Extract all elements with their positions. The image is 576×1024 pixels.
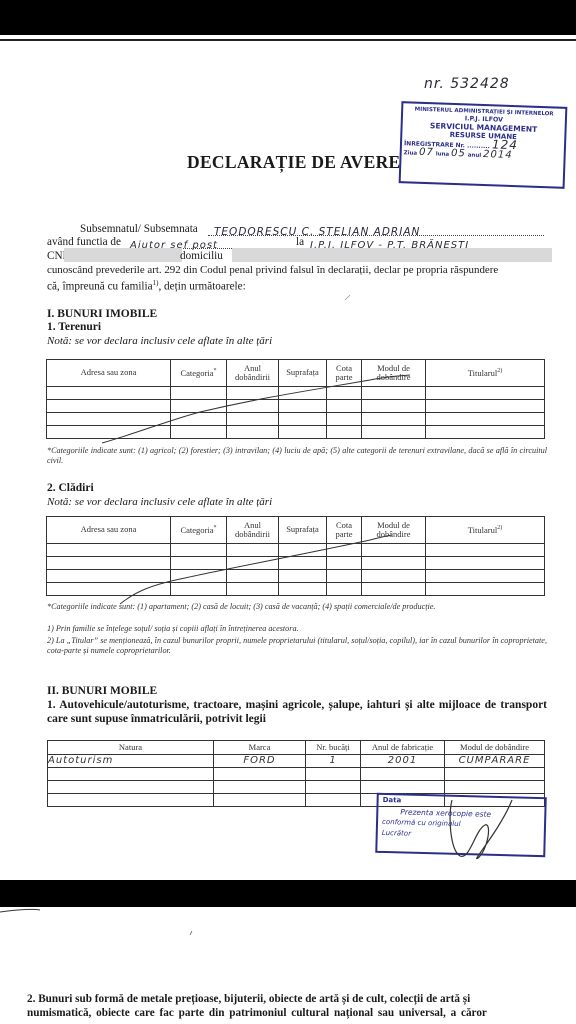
table-cell — [214, 794, 306, 807]
table-cell — [47, 387, 171, 400]
table-row — [48, 781, 545, 794]
table-cell — [171, 544, 227, 557]
scan-border-top — [0, 0, 576, 35]
column-header: Modul de dobândire — [445, 741, 545, 755]
table-cell — [227, 400, 279, 413]
column-header: Adresa sau zona — [47, 360, 171, 387]
column-header: Adresa sau zona — [47, 517, 171, 544]
table-row — [47, 413, 545, 426]
vehicles-heading: 1. Autovehicule/autoturisme, tractoare, … — [47, 698, 547, 726]
cladiri-note: Notă: se vor declara inclusiv cele aflat… — [47, 496, 272, 508]
table-cell — [426, 387, 545, 400]
table-cell — [362, 413, 426, 426]
table-cell — [362, 544, 426, 557]
table-cell — [279, 583, 327, 596]
table-header-row: Adresa sau zonaCategoria*Anul dobândirii… — [47, 517, 545, 544]
table-header-row: NaturaMarcaNr. bucățiAnul de fabricațieM… — [48, 741, 545, 755]
table-cell — [279, 387, 327, 400]
scan-border-bottom — [0, 880, 576, 907]
table-cell — [214, 768, 306, 781]
registration-stamp: MINISTERUL ADMINISTRAȚIEI ȘI INTERNELOR … — [399, 101, 568, 189]
table-cell — [214, 781, 306, 794]
table-row — [47, 557, 545, 570]
terenuri-heading: 1. Terenuri — [47, 321, 101, 333]
column-header: Categoria* — [171, 360, 227, 387]
precious-heading-line-1: 2. Bunuri sub formă de metale prețioase,… — [27, 993, 547, 1005]
column-header: Anul dobândirii — [227, 360, 279, 387]
table-row — [47, 583, 545, 596]
table-cell — [171, 583, 227, 596]
table-cell — [227, 557, 279, 570]
table-cell — [426, 583, 545, 596]
stamp-year-value: 2014 — [483, 149, 513, 161]
table-cell — [48, 794, 214, 807]
column-header: Cota parte — [327, 517, 362, 544]
column-header: Titularul2) — [426, 360, 545, 387]
table-row — [47, 544, 545, 557]
table-cell — [362, 400, 426, 413]
table-cell — [327, 387, 362, 400]
stamp-day-label: Ziua — [404, 150, 418, 156]
table-cell — [171, 400, 227, 413]
section-2-heading: II. BUNURI MOBILE — [47, 685, 157, 697]
table-cell: Autoturism — [48, 755, 214, 768]
table-cell — [327, 426, 362, 439]
table-cell — [306, 768, 361, 781]
table-cell — [47, 413, 171, 426]
stamp-year-label: anul — [468, 152, 482, 158]
column-header: Titularul2) — [426, 517, 545, 544]
table-cell — [327, 413, 362, 426]
column-header: Modul de dobândire — [362, 517, 426, 544]
table-cell — [362, 583, 426, 596]
page-title: DECLARAȚIE DE AVERE — [187, 152, 401, 173]
table-cell — [279, 544, 327, 557]
table-cell — [426, 426, 545, 439]
page-edge-line-top — [0, 39, 576, 41]
stamp-day-value: 07 — [419, 147, 434, 159]
table-cell — [426, 400, 545, 413]
table-row — [47, 400, 545, 413]
table-cell — [426, 413, 545, 426]
table-cell — [361, 781, 445, 794]
domiciliu-redacted — [232, 248, 552, 262]
table-row — [47, 387, 545, 400]
table-cell — [306, 794, 361, 807]
table-header-row: Adresa sau zonaCategoria*Anul dobândirii… — [47, 360, 545, 387]
table-cell — [171, 570, 227, 583]
table-cell — [279, 570, 327, 583]
table-cell — [47, 570, 171, 583]
table-cell — [327, 583, 362, 596]
table-cell — [47, 400, 171, 413]
table-cell — [361, 768, 445, 781]
table-cell — [171, 387, 227, 400]
table-cell — [47, 557, 171, 570]
page-edge-line-bottom — [0, 909, 40, 912]
table-cell — [47, 544, 171, 557]
table-cell — [227, 426, 279, 439]
table-cell — [47, 583, 171, 596]
table-cell — [227, 544, 279, 557]
statement-text-a: că, împreună cu familia — [47, 281, 153, 293]
name-field: TEODORESCU C. STELIAN ADRIAN — [208, 222, 544, 236]
table-cell — [445, 781, 545, 794]
statement-line-2: că, împreună cu familia1), dețin următoa… — [47, 277, 246, 294]
cladiri-table: Adresa sau zonaCategoria*Anul dobândirii… — [46, 516, 545, 596]
table-cell — [327, 400, 362, 413]
table-cell — [327, 544, 362, 557]
table-cell — [362, 426, 426, 439]
table-cell: 2001 — [361, 755, 445, 768]
table-cell — [47, 426, 171, 439]
column-header: Categoria* — [171, 517, 227, 544]
table-cell — [426, 570, 545, 583]
table-cell — [48, 768, 214, 781]
table-cell — [426, 557, 545, 570]
terenuri-note: Notă: se vor declara inclusiv cele aflat… — [47, 335, 272, 347]
table-cell — [227, 570, 279, 583]
table-cell — [306, 781, 361, 794]
statement-text-b: , dețin următoarele: — [158, 281, 245, 293]
table-cell — [362, 557, 426, 570]
table-cell — [227, 583, 279, 596]
table-cell — [48, 781, 214, 794]
column-header: Cota parte — [327, 360, 362, 387]
cladiri-footnote: *Categoriile indicate sunt: (1) apartame… — [47, 602, 435, 612]
section-1-heading: I. BUNURI IMOBILE — [47, 308, 157, 320]
stamp-month-value: 05 — [451, 148, 466, 160]
cladiri-heading: 2. Clădiri — [47, 482, 94, 494]
table-cell — [171, 557, 227, 570]
table-cell — [279, 557, 327, 570]
stray-mark — [190, 931, 192, 935]
column-header: Natura — [48, 741, 214, 755]
registration-number-handwritten: nr. 532428 — [424, 76, 510, 92]
precious-heading-line-2: numismatică, obiecte care fac parte din … — [27, 1007, 487, 1019]
column-header: Nr. bucăți — [306, 741, 361, 755]
table-cell — [279, 426, 327, 439]
table-cell: FORD — [214, 755, 306, 768]
table-cell — [362, 570, 426, 583]
certified-copy-stamp: Data Prezenta xerocopie este conformă cu… — [375, 793, 547, 857]
footnote-1: 1) Prin familie se înțelege soțul/ soția… — [47, 624, 299, 634]
footnote-2: 2) La „Titular” se menționează, în cazul… — [47, 636, 547, 656]
la-field: I.P.J. ILFOV - P.T. BRĂNEȘTI — [310, 235, 542, 249]
table-cell — [227, 413, 279, 426]
statement-line-1: cunoscând prevederile art. 292 din Codul… — [47, 264, 498, 277]
table-cell — [171, 413, 227, 426]
table-cell — [279, 413, 327, 426]
column-header: Marca — [214, 741, 306, 755]
domiciliu-label: domiciliu — [180, 250, 223, 263]
table-cell — [362, 387, 426, 400]
column-header: Suprafața — [279, 360, 327, 387]
table-cell — [227, 387, 279, 400]
table-cell — [327, 570, 362, 583]
table-cell — [426, 544, 545, 557]
table-row — [48, 768, 545, 781]
table-cell — [171, 426, 227, 439]
column-header: Anul de fabricație — [361, 741, 445, 755]
terenuri-table: Adresa sau zonaCategoria*Anul dobândirii… — [46, 359, 545, 439]
table-row: AutoturismFORD12001CUMPĂRARE — [48, 755, 545, 768]
terenuri-footnote: *Categoriile indicate sunt: (1) agricol;… — [47, 446, 547, 466]
table-cell — [445, 768, 545, 781]
stamp-month-label: luna — [436, 151, 450, 157]
stray-mark — [345, 295, 350, 300]
table-cell — [279, 400, 327, 413]
cnp-redacted — [64, 248, 182, 262]
column-header: Modul de dobândire — [362, 360, 426, 387]
functia-field: Ajutor șef post — [130, 235, 290, 249]
table-row — [47, 426, 545, 439]
column-header: Suprafața — [279, 517, 327, 544]
column-header: Anul dobândirii — [227, 517, 279, 544]
table-cell — [327, 557, 362, 570]
table-row — [47, 570, 545, 583]
table-cell: 1 — [306, 755, 361, 768]
table-cell: CUMPĂRARE — [445, 755, 545, 768]
